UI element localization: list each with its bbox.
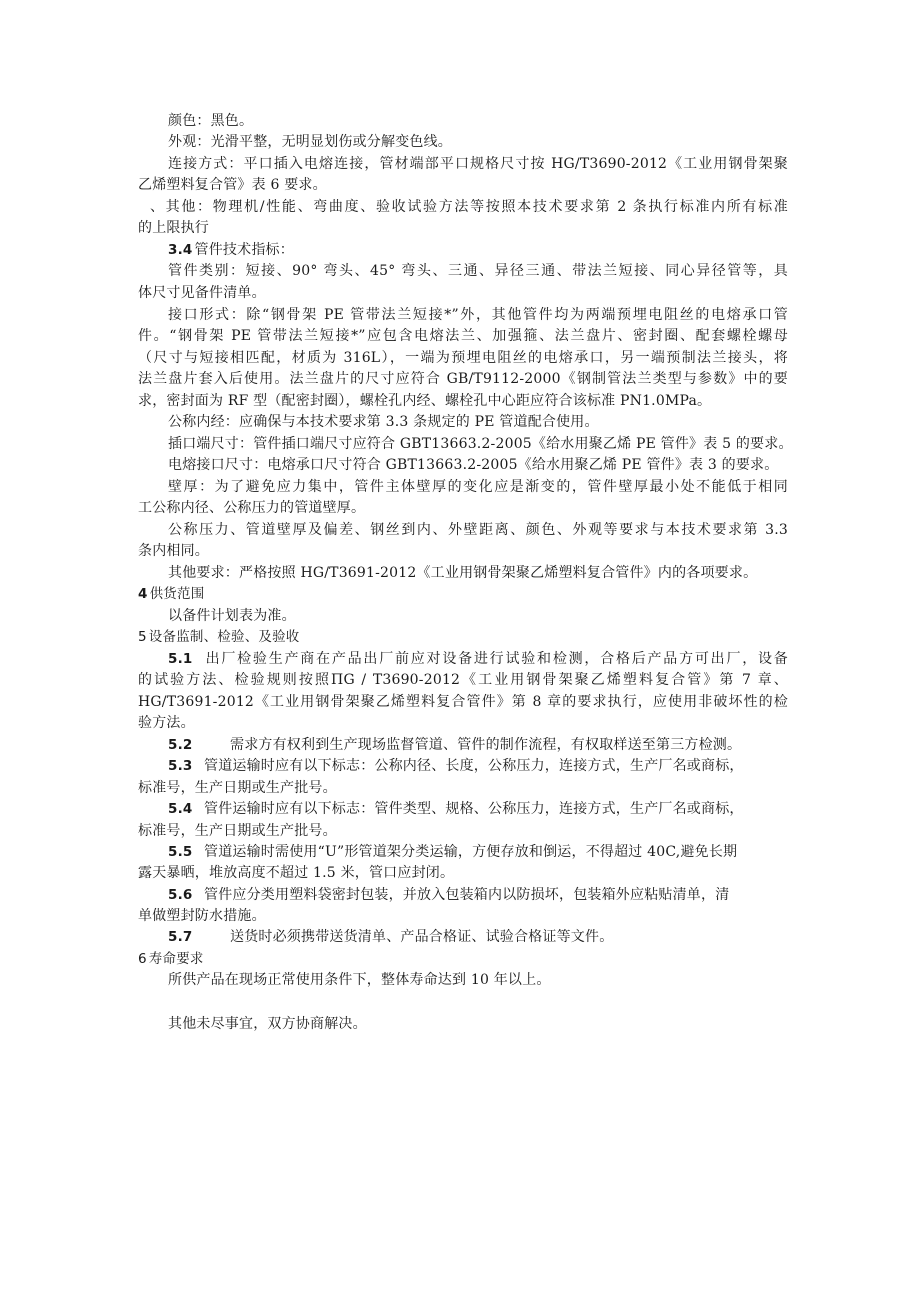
item-text: 管道运输时应有以下标志：公称内径、长度，公称压力，连接方式，生产厂名或商标， — [204, 758, 744, 774]
other-requirements: 其他要求：严格按照 HG/T3691-2012《工业用钢骨架聚乙烯塑料复合管件》… — [168, 563, 788, 584]
wall-thickness-line2: 工公称内径、公称压力的管道壁厚。 — [138, 498, 788, 519]
nominal-diameter: 公称内经：应确保与本技术要求第 3.3 条规定的 PE 管道配合使用。 — [168, 412, 788, 433]
fitting-category-line2: 体尺寸见备件清单。 — [138, 283, 788, 304]
spigot-size: 插口端尺寸：管件插口端尺寸应符合 GBT13663.2-2005《给水用聚乙烯 … — [168, 434, 788, 455]
item-5-6-line2: 单做塑封防水措施。 — [138, 906, 788, 927]
color-spec: 颜色：黑色。 — [168, 111, 788, 132]
other-spec-line1: 、其他：物理机/性能、弯曲度、验收试验方法等按照本技术要求第 2 条执行标准内所… — [150, 197, 788, 218]
item-5-3-line2: 标准号，生产日期或生产批号。 — [138, 778, 788, 799]
item-text: 管件运输时应有以下标志：管件类型、规格、公称压力，连接方式，生产厂名或商标， — [204, 801, 744, 817]
section-6-heading: 6寿命要求 — [138, 949, 788, 970]
item-5-3-line1: 5.3管道运输时应有以下标志：公称内径、长度，公称压力，连接方式，生产厂名或商标… — [168, 756, 788, 777]
interface-line1: 接口形式：除“钢骨架 PE 管带法兰短接*”外，其他管件均为两端预埋电阻丝的电熔… — [168, 305, 788, 326]
item-5-7: 5.7送货时必须携带送货清单、产品合格证、试验合格证等文件。 — [168, 927, 788, 948]
item-number: 5.3 — [168, 756, 204, 777]
item-text: 管道运输时需使用“U”形管道架分类运输，方便存放和倒运，不得超过 40C,避免长… — [204, 844, 737, 860]
section-title: 管件技术指标： — [195, 242, 294, 258]
section-4-body: 以备件计划表为准。 — [168, 606, 788, 627]
fitting-category-line1: 管件类别：短接、90° 弯头、45° 弯头、三通、异径三通、带法兰短接、同心异径… — [168, 261, 788, 282]
closing-statement: 其他未尽事宜，双方协商解决。 — [168, 1014, 788, 1035]
connection-spec-line2: 乙烯塑料复合管》表 6 要求。 — [138, 175, 788, 196]
item-text: 送货时必须携带送货清单、产品合格证、试验合格证等文件。 — [230, 929, 613, 945]
wall-thickness-line1: 壁厚：为了避免应力集中，管件主体壁厚的变化应是渐变的，管件壁厚最小处不能低于相同 — [168, 477, 788, 498]
section-number: 4 — [138, 584, 148, 605]
item-5-1-line1: 5.1出厂检验生产商在产品出厂前应对设备进行试验和检测，合格后产品方可出厂，设备 — [168, 649, 788, 670]
section-3-4-heading: 3.4管件技术指标： — [168, 240, 788, 261]
other-spec-line2: 的上限执行 — [138, 218, 788, 239]
item-5-1-line4: 验方法。 — [138, 713, 788, 734]
item-number: 5.1 — [168, 649, 204, 670]
item-5-6-line1: 5.6管件应分类用塑料袋密封包装，并放入包装箱内以防损坏，包装箱外应粘贴清单，清 — [168, 885, 788, 906]
appearance-spec: 外观：光滑平整，无明显划伤或分解变色线。 — [168, 132, 788, 153]
item-number: 5.7 — [168, 927, 230, 948]
interface-line5: 求，密封面为 RF 型（配密封圈），螺栓孔内经、螺栓孔中心距应符合该标准 PN1… — [138, 391, 788, 412]
socket-size: 电熔接口尺寸：电熔承口尺寸符合 GBT13663.2-2005《给水用聚乙烯 P… — [168, 455, 788, 476]
item-number: 5.2 — [168, 735, 230, 756]
pressure-line1: 公称压力、管道壁厚及偏差、钢丝到内、外壁距离、颜色、外观等要求与本技术要求第 3… — [168, 520, 788, 541]
item-5-2: 5.2需求方有权利到生产现场监督管道、管件的制作流程，有权取样送至第三方检测。 — [168, 735, 788, 756]
pressure-line2: 条内相同。 — [138, 541, 788, 562]
interface-line4: 法兰盘片套入后使用。法兰盘片的尺寸应符合 GB/T9112-2000《钢制管法兰… — [138, 369, 788, 390]
section-number: 6 — [138, 949, 147, 970]
item-5-1-line3: HG/T3691-2012《工业用钢骨架聚乙烯塑料复合管件》第 8 章的要求执行… — [138, 692, 788, 713]
item-5-5-line1: 5.5管道运输时需使用“U”形管道架分类运输，方便存放和倒运，不得超过 40C,… — [168, 842, 788, 863]
section-4-heading: 4供货范围 — [138, 584, 788, 605]
item-text: 管件应分类用塑料袋密封包装，并放入包装箱内以防损坏，包装箱外应粘贴清单，清 — [204, 887, 729, 903]
section-title: 供货范围 — [150, 586, 205, 602]
item-5-1-line2: 的试验方法、检验规则按照ΠG / T3690-2012《工业用钢骨架聚乙烯塑料复… — [138, 670, 788, 691]
section-5-heading: 5设备监制、检验、及验收 — [138, 627, 788, 648]
section-number: 3.4 — [168, 240, 193, 261]
item-5-4-line1: 5.4管件运输时应有以下标志：管件类型、规格、公称压力，连接方式，生产厂名或商标… — [168, 799, 788, 820]
item-number: 5.5 — [168, 842, 204, 863]
interface-line2: 件。“钢骨架 PE 管带法兰短接*”应包含电熔法兰、加强箍、法兰盘片、密封圈、配… — [138, 326, 788, 347]
section-6-body: 所供产品在现场正常使用条件下，整体寿命达到 10 年以上。 — [168, 970, 788, 991]
section-title: 寿命要求 — [149, 951, 204, 967]
interface-line3: （尺寸与短接相匹配，材质为 316L），一端为预埋电阻丝的电熔承口，另一端预制法… — [138, 348, 788, 369]
item-number: 5.4 — [168, 799, 204, 820]
document-page: 颜色：黑色。 外观：光滑平整，无明显划伤或分解变色线。 连接方式：平口插入电熔连… — [0, 0, 920, 1301]
item-text: 需求方有权利到生产现场监督管道、管件的制作流程，有权取样送至第三方检测。 — [230, 737, 741, 753]
item-number: 5.6 — [168, 885, 204, 906]
connection-spec-line1: 连接方式：平口插入电熔连接，管材端部平口规格尺寸按 HG/T3690-2012《… — [168, 154, 788, 175]
item-text: 出厂检验生产商在产品出厂前应对设备进行试验和检测，合格后产品方可出厂，设备 — [204, 651, 788, 667]
section-title: 设备监制、检验、及验收 — [149, 629, 300, 645]
section-number: 5 — [138, 627, 147, 648]
item-5-4-line2: 标准号，生产日期或生产批号。 — [138, 821, 788, 842]
item-5-5-line2: 露天暴晒，堆放高度不超过 1.5 米，管口应封闭。 — [138, 863, 788, 884]
